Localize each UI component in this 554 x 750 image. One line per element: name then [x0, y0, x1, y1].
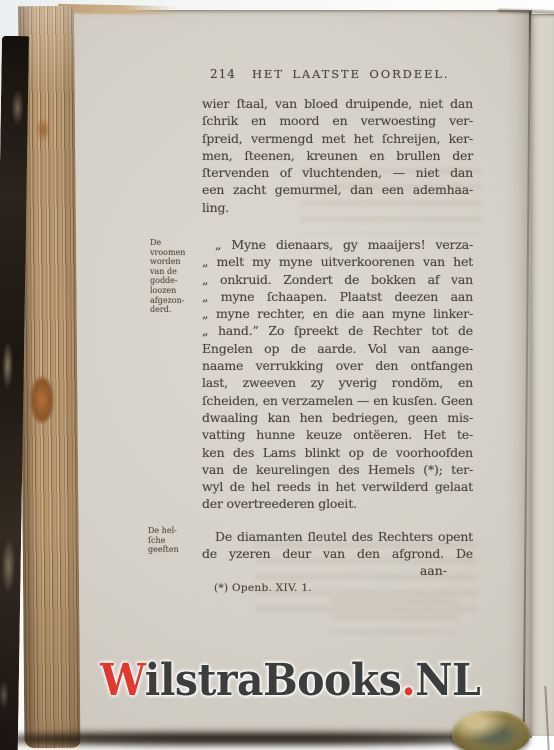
margin-note-line: geeſten	[148, 545, 200, 555]
margin-note-line: loozen	[150, 286, 202, 296]
book-photo: 214 HET LAATSTE OORDEEL. wier ſtaal, van…	[0, 0, 554, 750]
paragraph: „ Myne dienaars, gy maaijers! verza-„ me…	[202, 236, 473, 513]
spine-rust-spot	[36, 118, 50, 142]
spine-rust-spot	[30, 376, 54, 424]
paragraph: De diamanten ſleutel des Rechters opentd…	[202, 528, 473, 563]
margin-note-line: vroomen	[150, 248, 202, 258]
margin-note-line: afgezon-	[150, 296, 202, 306]
text-line: ſchrik en moord en verwoesting ver-	[202, 112, 473, 129]
text-line: „ onkruid. Zondert de bokken af van	[202, 271, 473, 288]
text-line: Engelen op de aarde. Vol van aange-	[202, 340, 473, 357]
catchword: aan-	[202, 563, 473, 578]
page-number: 214	[210, 67, 236, 81]
running-title: HET LAATSTE OORDEEL.	[252, 67, 449, 81]
margin-note: Devroomenwordenvan degodde-loozenafgezon…	[150, 238, 202, 315]
text-line: ken des Lams blinkt op de voorhoofden	[202, 444, 473, 461]
watermark: WilstraBooks.NL	[100, 655, 480, 706]
text-line: ſpreid, vermengd met het ſchreijen, ker-	[202, 130, 473, 147]
paragraph: wier ſtaal, van bloed druipende, niet da…	[202, 95, 473, 216]
text-line: „ myne ſchaapen. Plaatst deezen aan	[202, 288, 473, 305]
text-line: van de keurelingen des Hemels (*); ter-	[202, 461, 473, 478]
book-shadow	[6, 733, 488, 745]
margin-note-line: worden	[150, 257, 202, 267]
text-line: ling.	[202, 199, 473, 216]
margin-note-line: van de	[150, 267, 202, 277]
text-line: De diamanten ſleutel des Rechters opent	[202, 528, 473, 545]
text-line: men, ſteenen, kreunen en brullen der	[202, 147, 473, 164]
watermark-dot: .	[401, 655, 415, 706]
text-line: ſtervenden of vluchtenden, — niet dan	[202, 164, 473, 181]
page-content: 214 HET LAATSTE OORDEEL. wier ſtaal, van…	[60, 10, 532, 738]
text-line: „ melt my myne uitverkoorenen van het	[202, 253, 473, 270]
text-line: wyl de hel reeds in het verwilderd gelaa…	[202, 478, 473, 495]
margin-note-line: godde-	[150, 276, 202, 286]
watermark-text: ilstraBooks	[145, 655, 402, 706]
margin-note-line: De	[150, 238, 202, 248]
watermark-initial: W	[100, 655, 145, 706]
margin-note-line: De hel-	[148, 526, 200, 536]
text-line: der overtreederen gloeit.	[202, 495, 473, 512]
margin-note-line: ſche	[148, 536, 200, 546]
text-line: een zacht gemurmel, dan een ademhaa-	[202, 181, 473, 198]
next-page-sliver	[531, 14, 554, 736]
text-line: wier ſtaal, van bloed druipende, niet da…	[202, 95, 473, 112]
text-line: ſcheiden, en verzamelen — en kusſen. Gee…	[202, 392, 473, 409]
brass-knob	[452, 711, 530, 750]
text-line: last, zweeven zy yverig rondöm, en	[202, 374, 473, 391]
text-line: vatting hunne keuze ontëeren. Het te-	[202, 426, 473, 443]
watermark-tld: NL	[415, 655, 480, 706]
footnote: (*) Openb. XIV. 1.	[214, 582, 312, 594]
text-line: de yzeren deur van den afgrond. De	[202, 545, 473, 562]
text-line: dwaaling kan hen bedriegen, geen mis-	[202, 409, 473, 426]
text-line: „ hand.” Zo ſpreekt de Rechter tot de	[202, 322, 473, 339]
text-line: naame verrukking over den ontfangen	[202, 357, 473, 374]
margin-note-line: derd.	[150, 305, 202, 315]
text-line: „ Myne dienaars, gy maaijers! verza-	[202, 236, 473, 253]
text-line: „ myne rechter, en die aan myne linker-	[202, 305, 473, 322]
margin-note: De hel-ſchegeeſten	[148, 526, 200, 555]
